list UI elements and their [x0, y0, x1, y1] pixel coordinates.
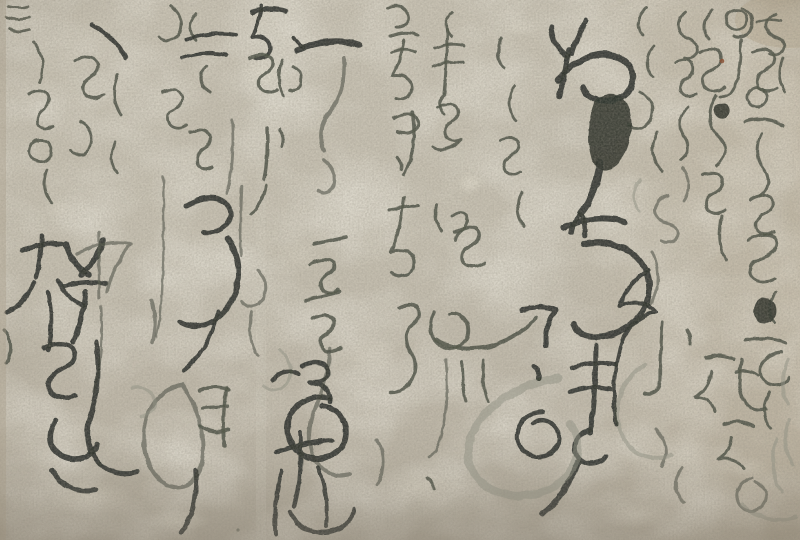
manuscript-photo	[0, 0, 800, 540]
vignette	[0, 0, 800, 540]
manuscript-canvas	[0, 0, 800, 540]
paper-overlays	[0, 0, 800, 540]
